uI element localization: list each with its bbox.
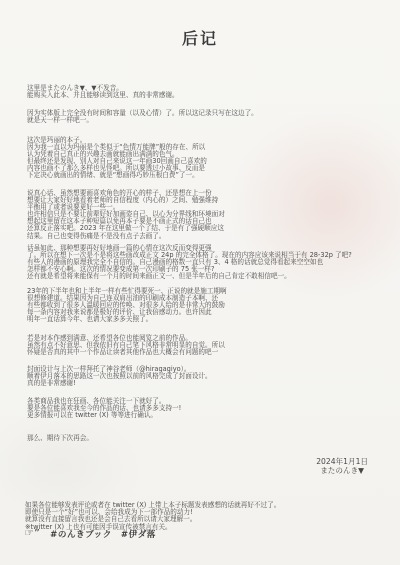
paragraph-other-works: 若是对本作感到满意、还希望各位也能阅览之前的作品。 虽然有点不好意思、但我依旧有… (27, 335, 378, 356)
pointing-hand-icon: ☞” (24, 529, 40, 539)
paragraph-goods-info: 各类商品我也在狂画、各位能关注一下就好了。 要是各位能喜欢我至今的作品的话、也请… (27, 398, 378, 419)
paragraph-next-plans: 话虽如此、那种想要再好好地画一篇的心情在这次反而变得更强 了。所以在想下一次是不… (27, 245, 378, 280)
paragraph-cover-credit: 封面设计与上次一样拜托了神谷老师（@hiragagiyo）。 顺着伊月落本的思路… (27, 366, 378, 387)
footer-note: 如果各位能够发表评论或者在 twitter (X) 上带上本子标题发表感想的话就… (25, 502, 385, 531)
date-signature-block: 2024年1月1日 またのんき▼ (316, 457, 368, 475)
paragraph-greeting: 这里是またのんき▼、▼不发音。 能购买入此本、并且能够读到这里、真的非常感谢。 (27, 85, 378, 99)
afterword-page: 后记 这里是またのんき▼、▼不发音。 能购买入此本、并且能够读到这里、真的非常感… (0, 0, 400, 565)
hashtag-line: ☞” #のんきブック #伊ダ落 (25, 528, 156, 540)
paragraph-honest-talk: 说真心话、虽然想要画喜欢角色的开心的样子、还是想在上一份 想要让大家好好地看着老… (27, 190, 378, 240)
paragraph-year-review: 23年的下半年也和上半年一样有些忙得要死一、正说的就是施工期啊 很想修建道。结果… (27, 288, 378, 323)
paragraph-about-book: 这次是玛丽的本子。 因为我一直以为玛丽是个类似于“色情万能牌”般的存在、所以 认… (27, 137, 378, 180)
author-signature: またのんき▼ (316, 466, 368, 475)
hashtag-text: #のんきブック #伊ダ落 (50, 528, 156, 540)
page-title: 后记 (0, 26, 400, 49)
paragraph-farewell: 那么、期待下次再会。 (27, 435, 378, 442)
paragraph-note: 因为实体版上完全没有时间和容量（以及心情）了。所以这记录只写在这边了。 就是天一… (27, 110, 378, 124)
date-line: 2024年1月1日 (316, 457, 368, 466)
